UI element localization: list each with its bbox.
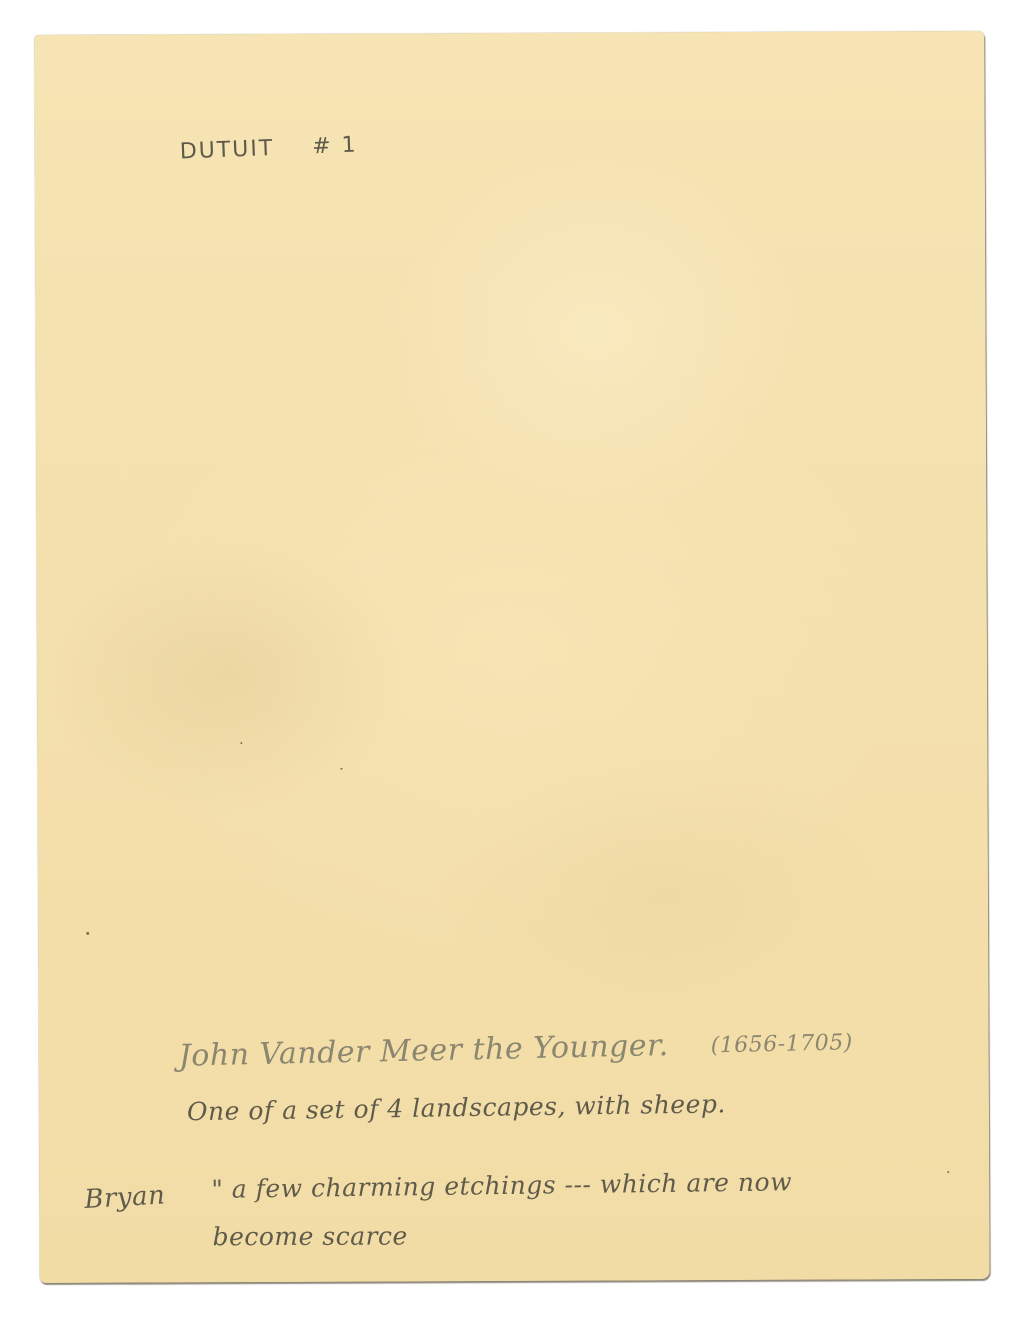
paper-sheet: DUTUIT# 1 John Vander Meer the Younger. … xyxy=(34,31,989,1283)
collection-reference-note: DUTUIT# 1 xyxy=(179,133,358,165)
citation-source: Bryan xyxy=(84,1180,167,1215)
citation-quote-line-1: " a few charming etchings --- which are … xyxy=(211,1167,792,1204)
paper-speck xyxy=(947,1171,949,1173)
collection-number: # 1 xyxy=(312,133,358,160)
paper-speck xyxy=(86,932,89,935)
paper-speck xyxy=(340,768,342,770)
collection-name: DUTUIT xyxy=(179,136,274,165)
artist-name: John Vander Meer the Younger. xyxy=(178,1028,669,1074)
print-description: One of a set of 4 landscapes, with sheep… xyxy=(187,1089,726,1126)
citation-quote-line-2: become scarce xyxy=(212,1221,407,1251)
paper-speck xyxy=(240,742,242,744)
artist-dates: (1656-1705) xyxy=(710,1030,853,1058)
